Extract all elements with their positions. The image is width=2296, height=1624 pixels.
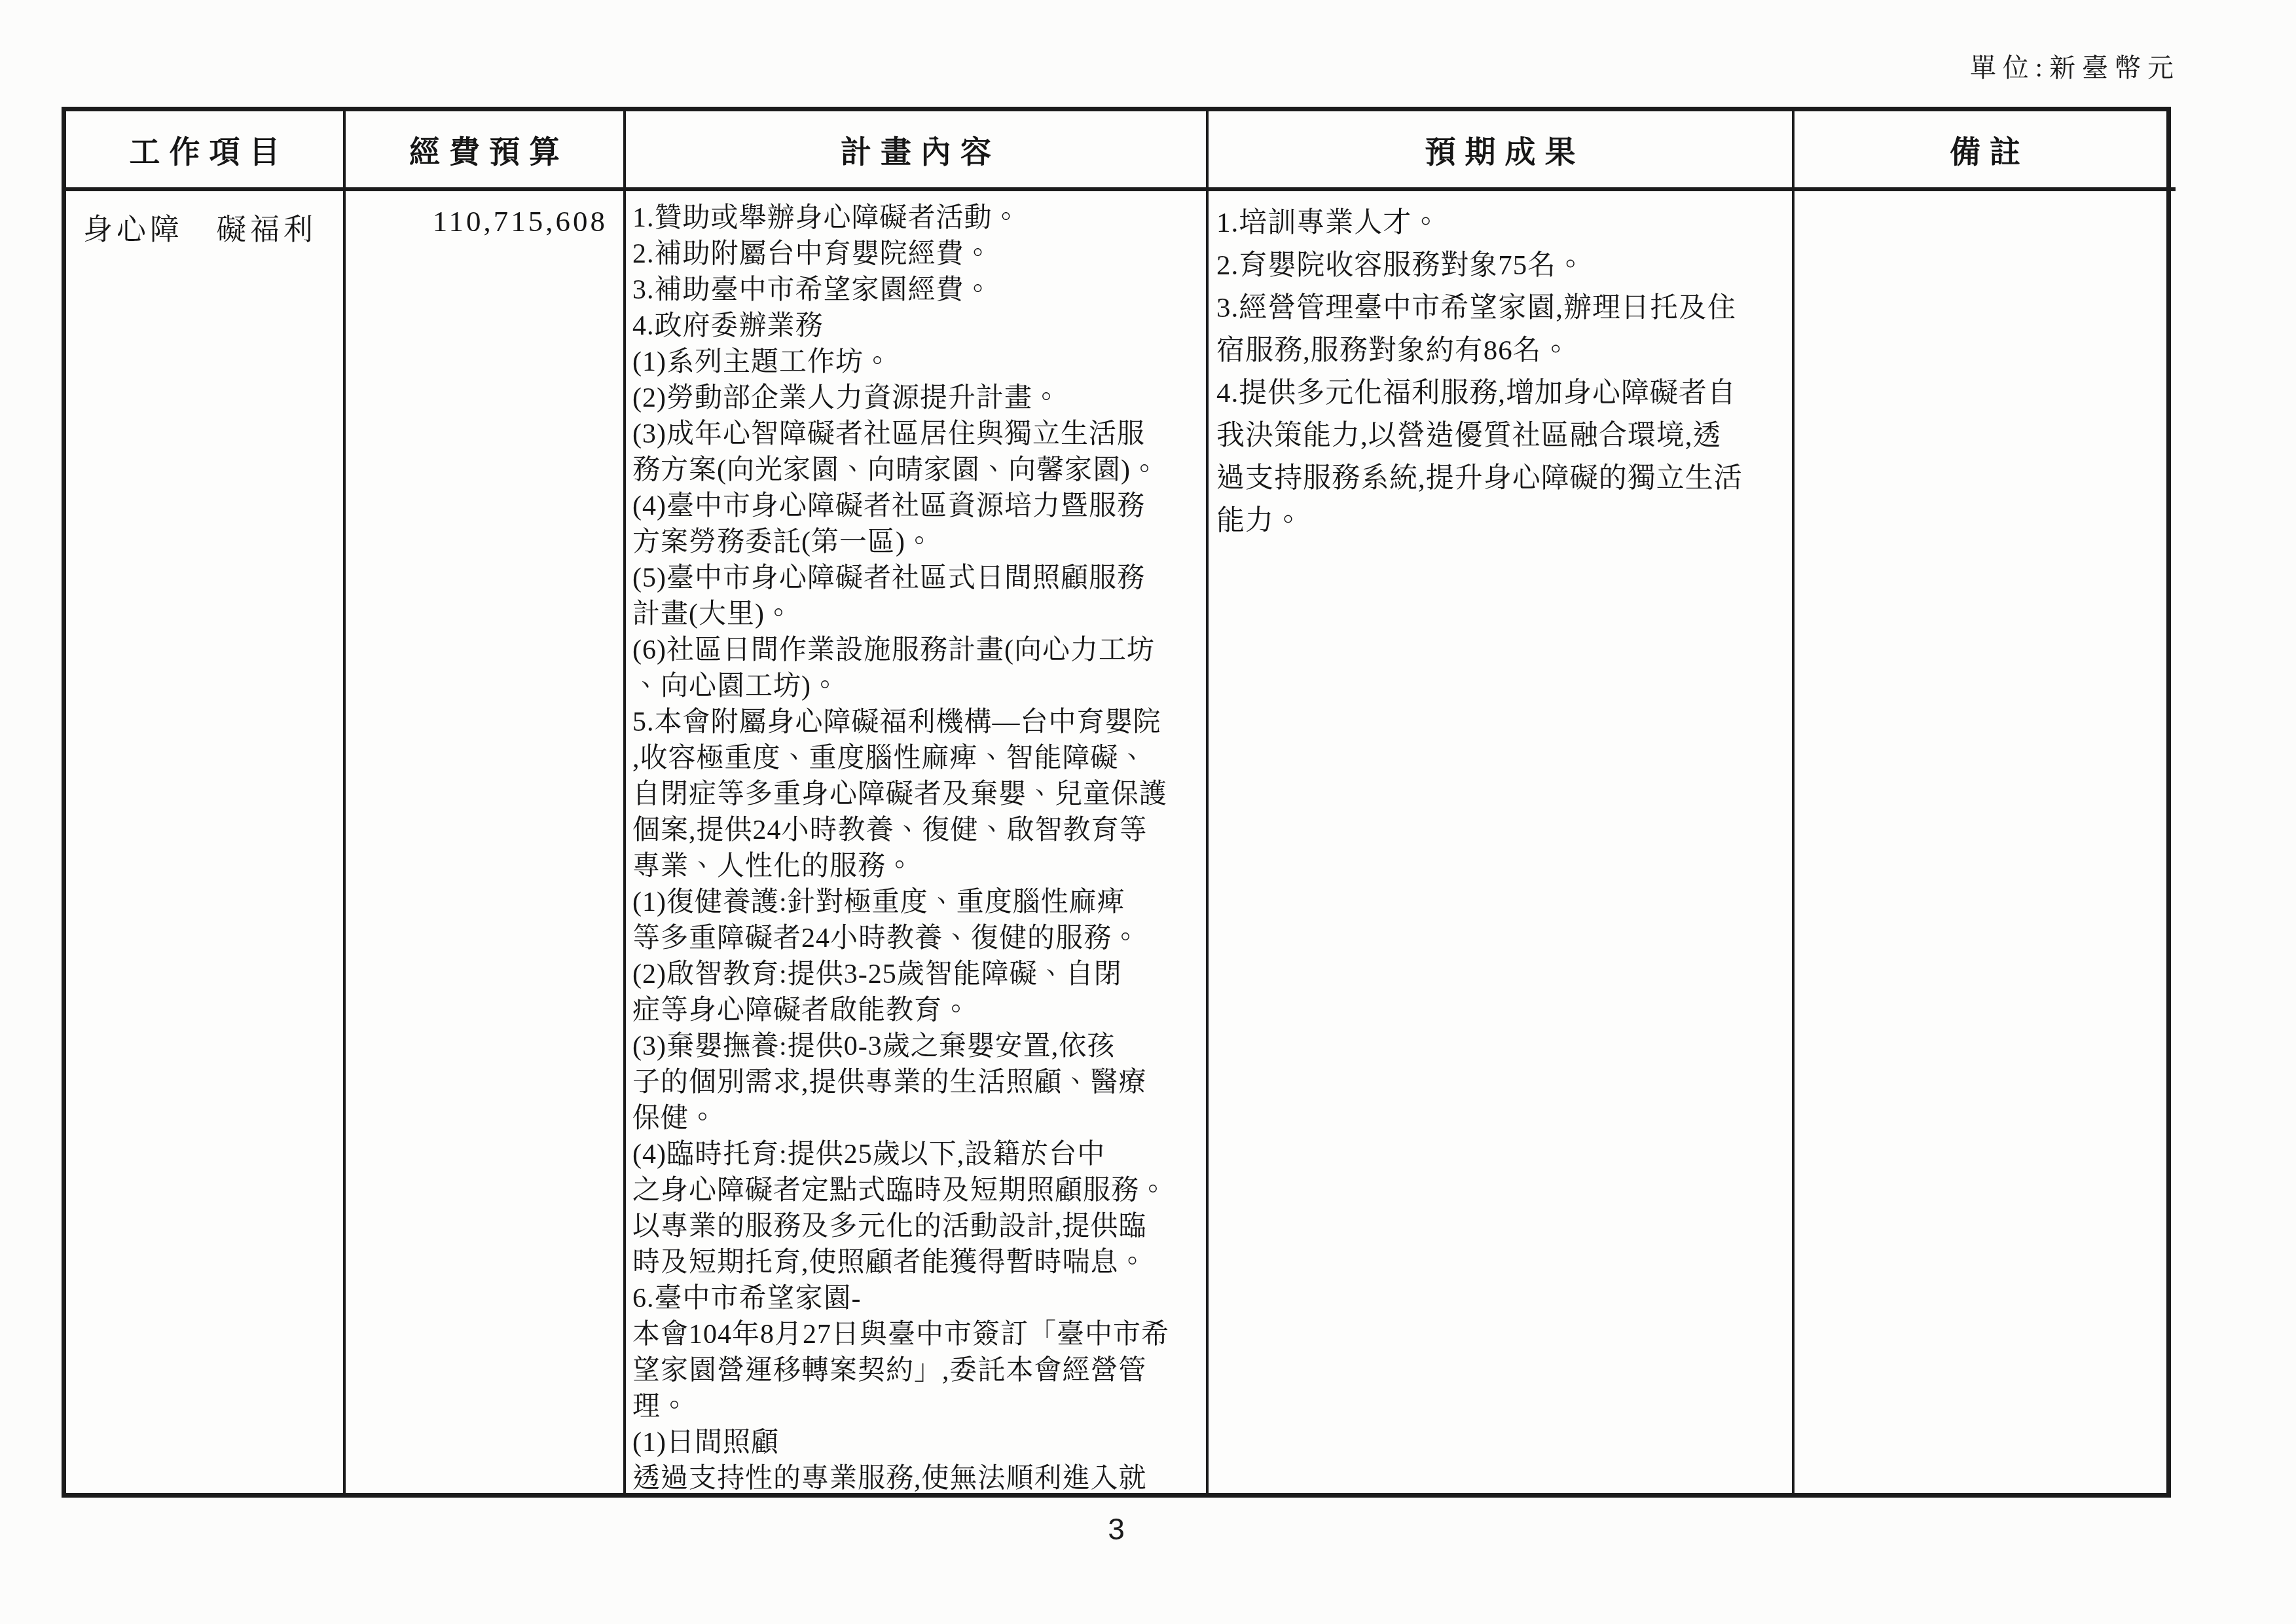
cell-budget-amount: 110,715,608 bbox=[346, 191, 626, 1493]
unit-note: 單位:新臺幣元 bbox=[1970, 47, 2180, 84]
budget-plan-table: 工作項目 經費預算 計畫內容 預期成果 備註 身心障 礙福利 110,715,6… bbox=[62, 107, 2171, 1498]
cell-remarks bbox=[1795, 191, 2176, 1493]
cell-work-item: 身心障 礙福利 bbox=[66, 191, 346, 1493]
header-cell-plan-content: 計畫內容 bbox=[626, 111, 1209, 191]
header-cell-expected-results: 預期成果 bbox=[1209, 111, 1795, 191]
cell-plan-content: 1.贊助或舉辦身心障礙者活動。 2.補助附屬台中育嬰院經費。 3.補助臺中市希望… bbox=[626, 191, 1209, 1493]
cell-expected-results: 1.培訓專業人才。 2.育嬰院收容服務對象75名。 3.經營管理臺中市希望家園,… bbox=[1209, 191, 1795, 1493]
page-number: 3 bbox=[62, 1511, 2171, 1547]
header-cell-budget: 經費預算 bbox=[346, 111, 626, 191]
header-cell-remarks: 備註 bbox=[1795, 111, 2176, 191]
header-cell-work-item: 工作項目 bbox=[66, 111, 346, 191]
